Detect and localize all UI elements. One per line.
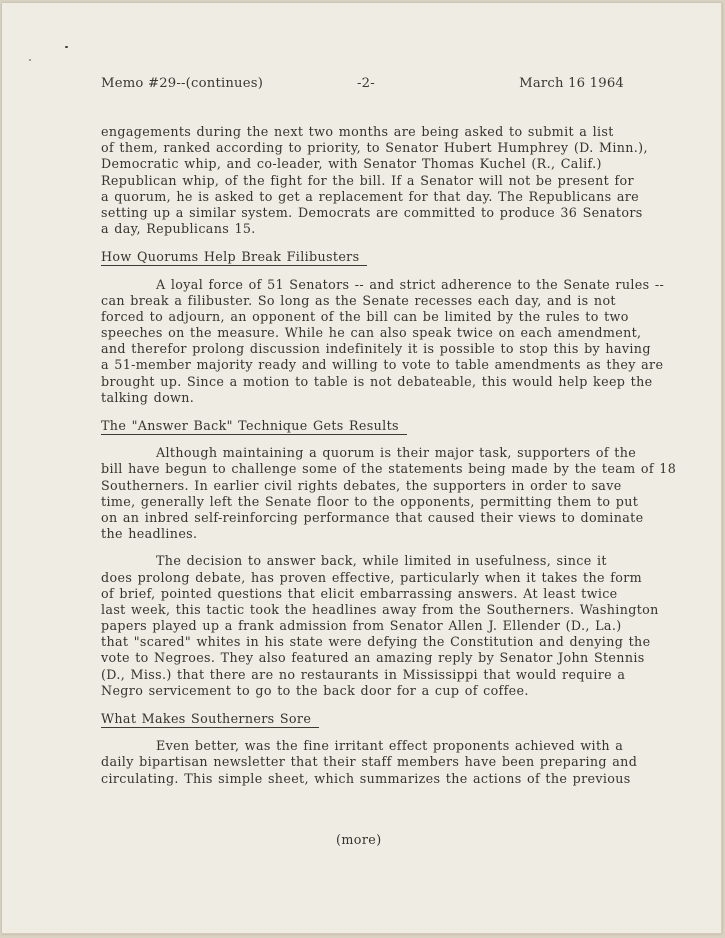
text-line: forced to adjourn, an opponent of the bi… bbox=[101, 309, 691, 325]
text-line: vote to Negroes. They also featured an a… bbox=[101, 650, 691, 666]
text-line: can break a filibuster. So long as the S… bbox=[101, 293, 691, 309]
text-line: of brief, pointed questions that elicit … bbox=[101, 586, 691, 602]
text-line: that "scared" whites in his state were d… bbox=[101, 634, 691, 650]
text-line: (D., Miss.) that there are no restaurant… bbox=[101, 667, 691, 683]
text-line: Even better, was the fine irritant effec… bbox=[101, 738, 691, 754]
text-line: Negro servicement to go to the back door… bbox=[101, 683, 691, 699]
text-line: Although maintaining a quorum is their m… bbox=[101, 445, 691, 461]
text-line: The decision to answer back, while limit… bbox=[101, 553, 691, 569]
text-line: Republican whip, of the fight for the bi… bbox=[101, 173, 691, 189]
quorums-paragraph: A loyal force of 51 Senators -- and stri… bbox=[101, 277, 691, 407]
text-line: does prolong debate, has proven effectiv… bbox=[101, 570, 691, 586]
section-heading-southerners: What Makes Southerners Sore bbox=[101, 711, 319, 728]
text-line: of them, ranked according to priority, t… bbox=[101, 140, 691, 156]
memo-body: engagements during the next two months a… bbox=[101, 124, 691, 787]
text-line: daily bipartisan newsletter that their s… bbox=[101, 754, 691, 770]
text-line: the headlines. bbox=[101, 526, 691, 542]
text-line: A loyal force of 51 Senators -- and stri… bbox=[101, 277, 691, 293]
text-line: speeches on the measure. While he can al… bbox=[101, 325, 691, 341]
text-line: papers played up a frank admission from … bbox=[101, 618, 691, 634]
answer-back-paragraph-2: The decision to answer back, while limit… bbox=[101, 553, 691, 699]
text-line: setting up a similar system. Democrats a… bbox=[101, 205, 691, 221]
text-line: and therefor prolong discussion indefini… bbox=[101, 341, 691, 357]
paper-speck bbox=[65, 46, 68, 48]
section-heading-answer-back: The "Answer Back" Technique Gets Results bbox=[101, 418, 407, 435]
text-line: Southerners. In earlier civil rights deb… bbox=[101, 478, 691, 494]
answer-back-paragraph-1: Although maintaining a quorum is their m… bbox=[101, 445, 691, 542]
text-line: time, generally left the Senate floor to… bbox=[101, 494, 691, 510]
paper-speck bbox=[29, 59, 31, 61]
section-heading-quorums: How Quorums Help Break Filibusters bbox=[101, 249, 367, 266]
text-line: engagements during the next two months a… bbox=[101, 124, 691, 140]
page-number: -2- bbox=[357, 76, 375, 91]
southerners-paragraph: Even better, was the fine irritant effec… bbox=[101, 738, 691, 787]
continued-marker: (more) bbox=[0, 832, 725, 847]
text-line: talking down. bbox=[101, 390, 691, 406]
text-line: on an inbred self-reinforcing performanc… bbox=[101, 510, 691, 526]
text-line: a quorum, he is asked to get a replaceme… bbox=[101, 189, 691, 205]
text-line: brought up. Since a motion to table is n… bbox=[101, 374, 691, 390]
text-line: circulating. This simple sheet, which su… bbox=[101, 771, 691, 787]
text-line: a 51-member majority ready and willing t… bbox=[101, 357, 691, 373]
memo-number: Memo #29--(continues) bbox=[101, 76, 263, 91]
text-line: bill have begun to challenge some of the… bbox=[101, 461, 691, 477]
text-line: Democratic whip, and co-leader, with Sen… bbox=[101, 156, 691, 172]
memo-date: March 16 1964 bbox=[519, 76, 624, 91]
intro-paragraph: engagements during the next two months a… bbox=[101, 124, 691, 237]
text-line: last week, this tactic took the headline… bbox=[101, 602, 691, 618]
memo-header: Memo #29--(continues) -2- March 16 1964 bbox=[101, 76, 624, 96]
text-line: a day, Republicans 15. bbox=[101, 221, 691, 237]
